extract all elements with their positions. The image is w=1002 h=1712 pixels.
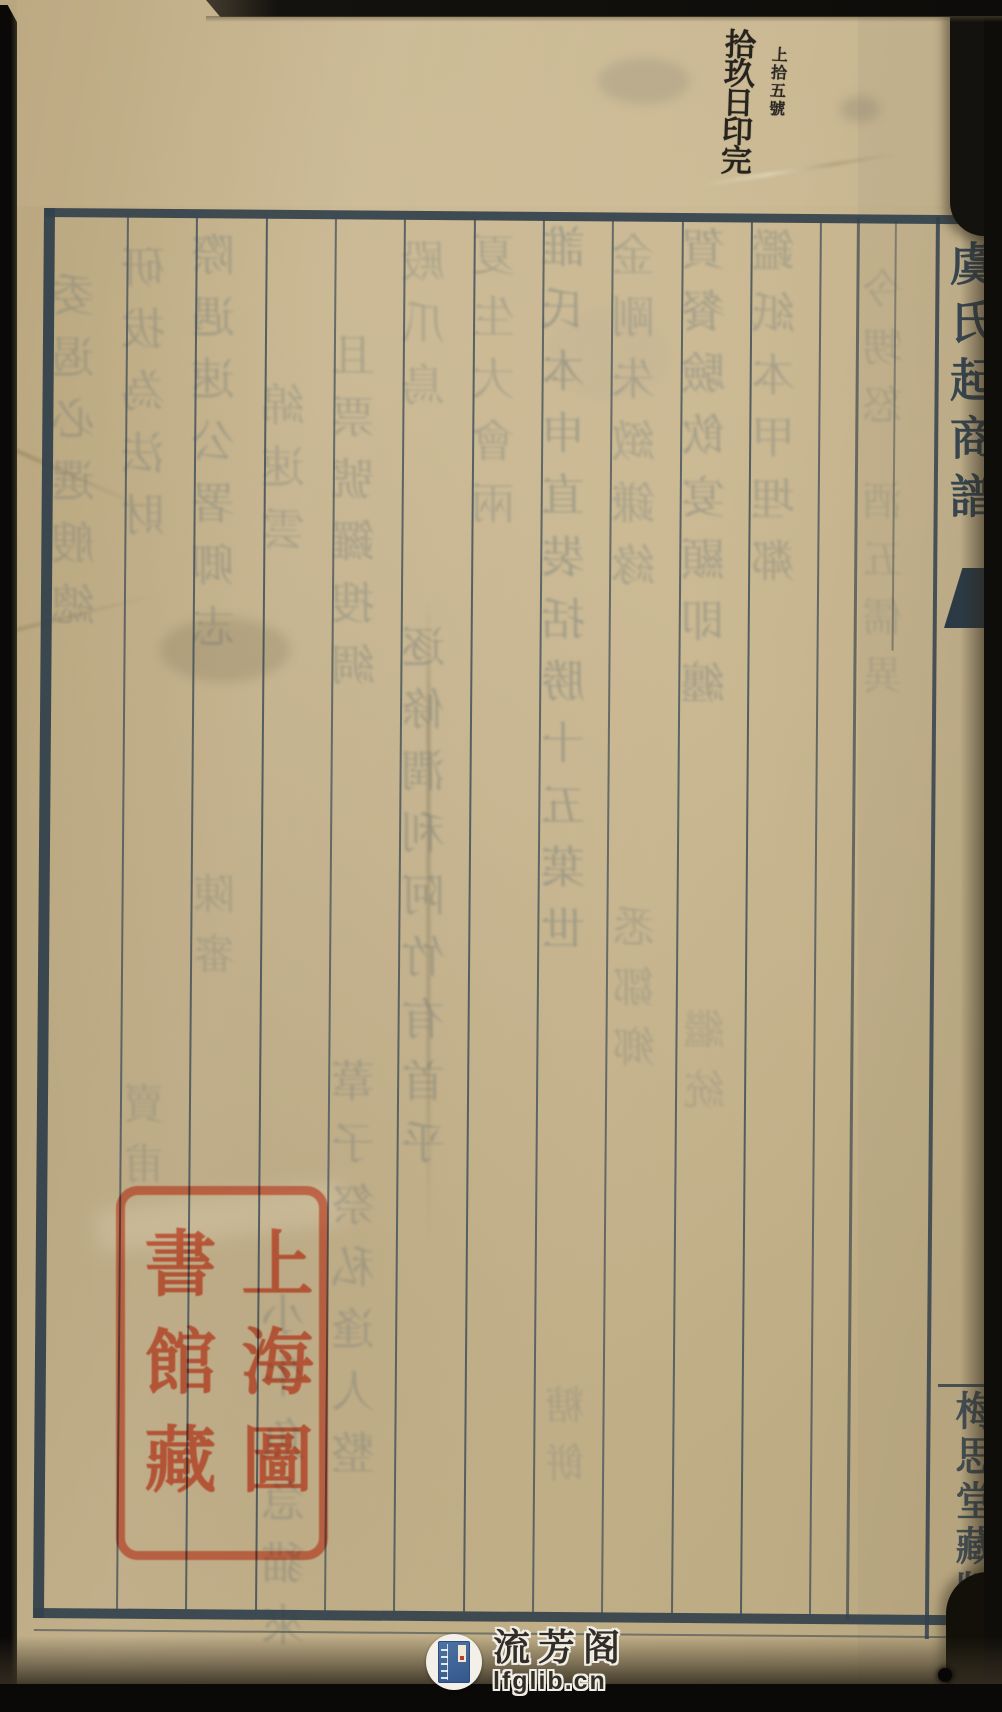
column-rule-line [671, 218, 684, 1614]
watermark-site-name: 流芳阁 [493, 1630, 628, 1667]
column-rule-line [532, 217, 545, 1613]
watermark-logo-circle [426, 1634, 482, 1690]
right-scan-edge [984, 0, 1002, 1712]
frame-border-right [846, 217, 860, 1619]
binding-hole [938, 1668, 952, 1682]
handwritten-note: 拾玖日印完 [717, 28, 753, 174]
frame-border-bottom [34, 1608, 979, 1625]
right-edge-shadow [960, 0, 986, 1712]
column-rule-line [601, 217, 614, 1613]
seal-left-column: 書館藏 [138, 1226, 210, 1520]
frame-border-left [33, 208, 55, 1618]
top-scan-edge [206, 0, 1002, 17]
site-watermark: 流芳阁 lfglib.cn [426, 1630, 628, 1694]
column-rule-line [463, 216, 476, 1612]
top-edge-shadow [206, 16, 1002, 22]
frame-rule-right-partial [892, 221, 897, 651]
column-rule-line [809, 219, 822, 1615]
left-scan-edge [0, 5, 17, 1712]
column-rule-line [393, 216, 406, 1612]
column-rule-line [740, 219, 753, 1615]
watermark-site-url: lfglib.cn [493, 1669, 628, 1694]
library-collection-seal: 上海圖 書館藏 [116, 1186, 328, 1560]
watermark-texts: 流芳阁 lfglib.cn [493, 1630, 628, 1694]
stitched-book-icon [438, 1641, 470, 1683]
scanned-book-page: 鑑紙本甲埋鄰賀餐驗飲宴顯即纏金剛朱緻鎌緣悉鄒鄉誰氏本申直裝括勝十五葉世夏生大會兩… [0, 0, 1002, 1712]
banxin-fold-line [925, 217, 940, 1639]
book-title-label [458, 1645, 466, 1662]
seal-right-column: 上海圖 [235, 1226, 307, 1520]
handwritten-side-note: 上拾五號 [766, 46, 786, 119]
frame-border-top [45, 208, 990, 224]
